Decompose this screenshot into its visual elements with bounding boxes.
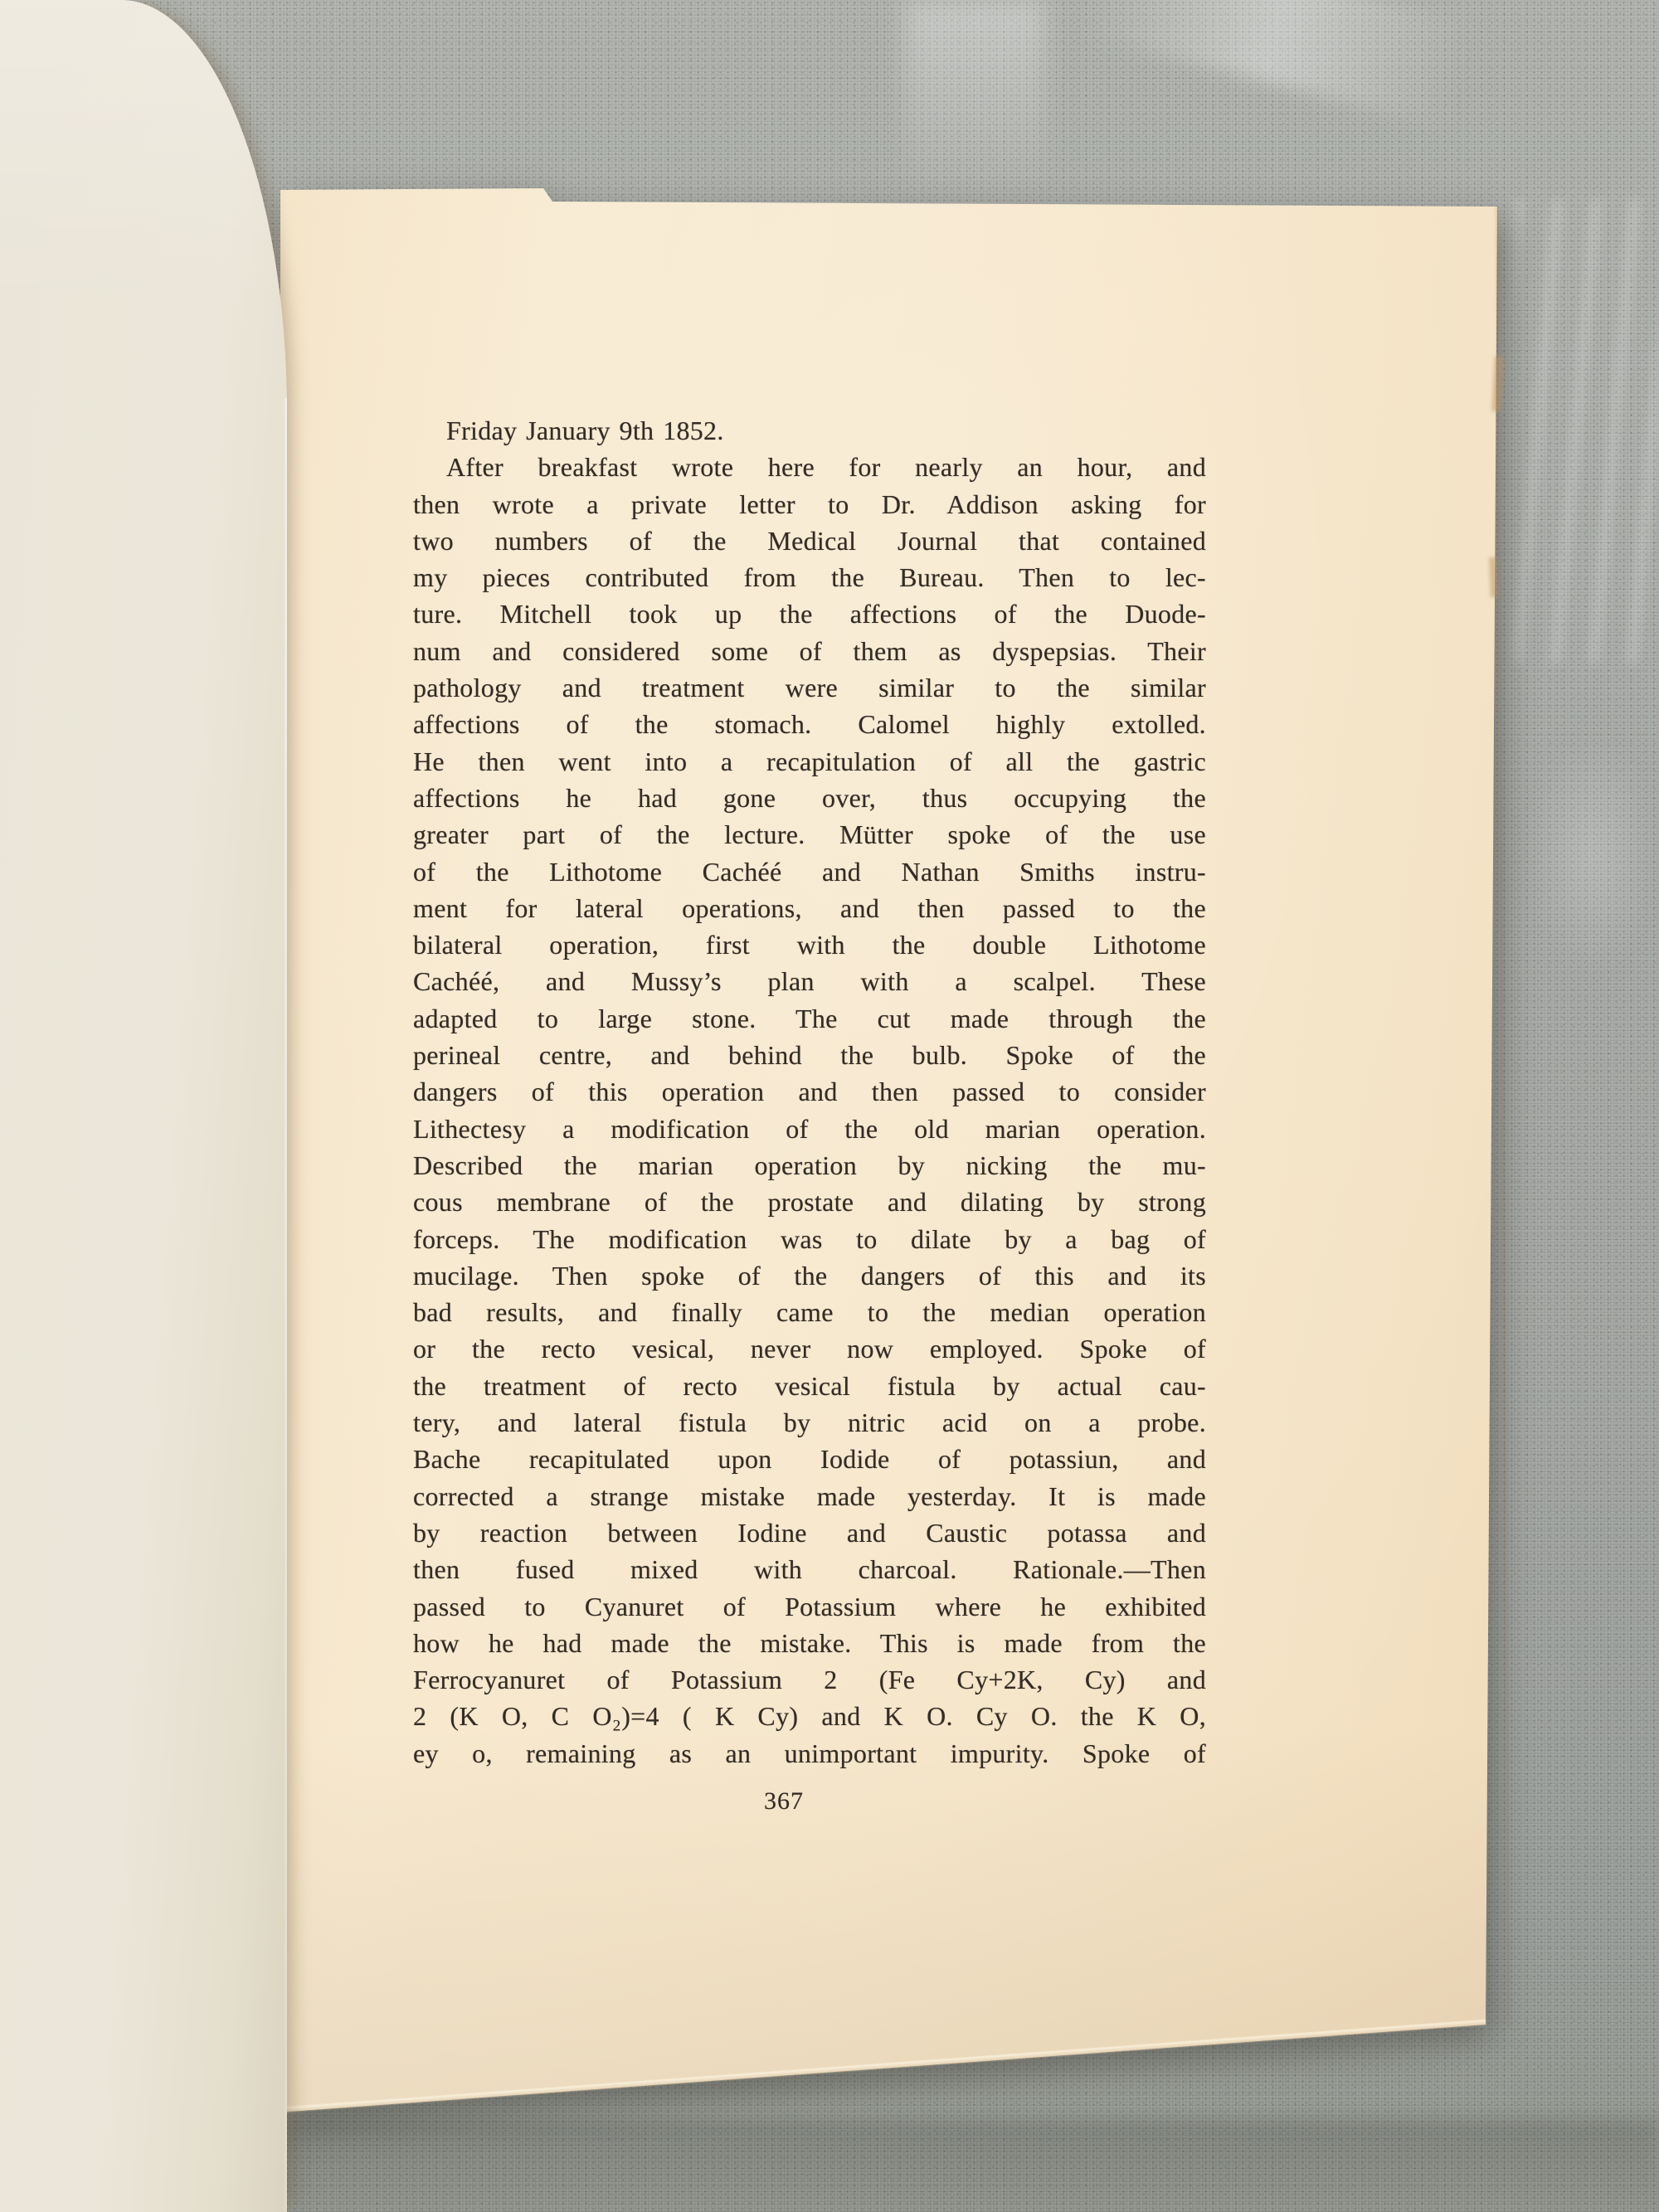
text-line: my pieces contributed from the Bureau. T…	[413, 559, 1206, 596]
text-line: perineal centre, and behind the bulb. Sp…	[413, 1037, 1206, 1073]
text-line-date: Friday January 9th 1852.	[413, 412, 1206, 449]
text-line: passed to Cyanuret of Potassium where he…	[413, 1588, 1206, 1625]
text-line: or the recto vesical, never now employed…	[413, 1330, 1206, 1367]
text-line: After breakfast wrote here for nearly an…	[413, 449, 1206, 485]
text-line: Ferrocyanuret of Potassium 2 (Fe Cy+2K, …	[413, 1661, 1206, 1698]
text-line: Cachéé, and Mussy’s plan with a scalpel.…	[413, 963, 1206, 999]
text-line: tery, and lateral fistula by nitric acid…	[413, 1404, 1206, 1441]
page-number: 367	[413, 1785, 1155, 1818]
text-line: Described the marian operation by nickin…	[413, 1147, 1206, 1184]
text-line: the treatment of recto vesical fistula b…	[413, 1368, 1206, 1404]
text-line: pathology and treatment were similar to …	[413, 669, 1206, 706]
text-line: then fused mixed with charcoal. Rational…	[413, 1551, 1206, 1587]
text-line: forceps. The modification was to dilate …	[413, 1221, 1206, 1257]
text-line: greater part of the lecture. Mütter spok…	[413, 816, 1206, 853]
text-line: Lithectesy a modification of the old mar…	[413, 1111, 1206, 1147]
page-text-block: Friday January 9th 1852. After breakfast…	[413, 412, 1206, 1772]
book-photo-scene: Friday January 9th 1852. After breakfast…	[0, 0, 1659, 2212]
text-line: affections he had gone over, thus occupy…	[413, 780, 1206, 816]
text-line: of the Lithotome Cachéé and Nathan Smith…	[413, 853, 1206, 890]
text-line: how he had made the mistake. This is mad…	[413, 1625, 1206, 1661]
text-line: ey o, remaining as an unimportant impuri…	[413, 1735, 1206, 1772]
text-line: adapted to large stone. The cut made thr…	[413, 1000, 1206, 1037]
text-line: cous membrane of the prostate and dilati…	[413, 1184, 1206, 1220]
text-line: affections of the stomach. Calomel highl…	[413, 706, 1206, 742]
text-line: dangers of this operation and then passe…	[413, 1073, 1206, 1110]
text-line: bad results, and finally came to the med…	[413, 1294, 1206, 1330]
text-line: 2 (K O, C O₂)=4 ( K Cy) and K O. Cy O. t…	[413, 1698, 1206, 1734]
text-line: two numbers of the Medical Journal that …	[413, 523, 1206, 559]
text-line: bilateral operation, first with the doub…	[413, 926, 1206, 963]
text-line: mucilage. Then spoke of the dangers of t…	[413, 1257, 1206, 1294]
previous-page-leaf	[0, 0, 287, 2212]
text-line: Bache recapitulated upon Iodide of potas…	[413, 1441, 1206, 1477]
text-line: He then went into a recapitulation of al…	[413, 743, 1206, 780]
text-line: by reaction between Iodine and Caustic p…	[413, 1514, 1206, 1551]
text-line: num and considered some of them as dyspe…	[413, 633, 1206, 669]
text-line: then wrote a private letter to Dr. Addis…	[413, 486, 1206, 523]
text-line: corrected a strange mistake made yesterd…	[413, 1478, 1206, 1514]
text-line: ment for lateral operations, and then pa…	[413, 890, 1206, 926]
page-edge-nick	[1489, 557, 1498, 597]
text-line: ture. Mitchell took up the affections of…	[413, 596, 1206, 632]
